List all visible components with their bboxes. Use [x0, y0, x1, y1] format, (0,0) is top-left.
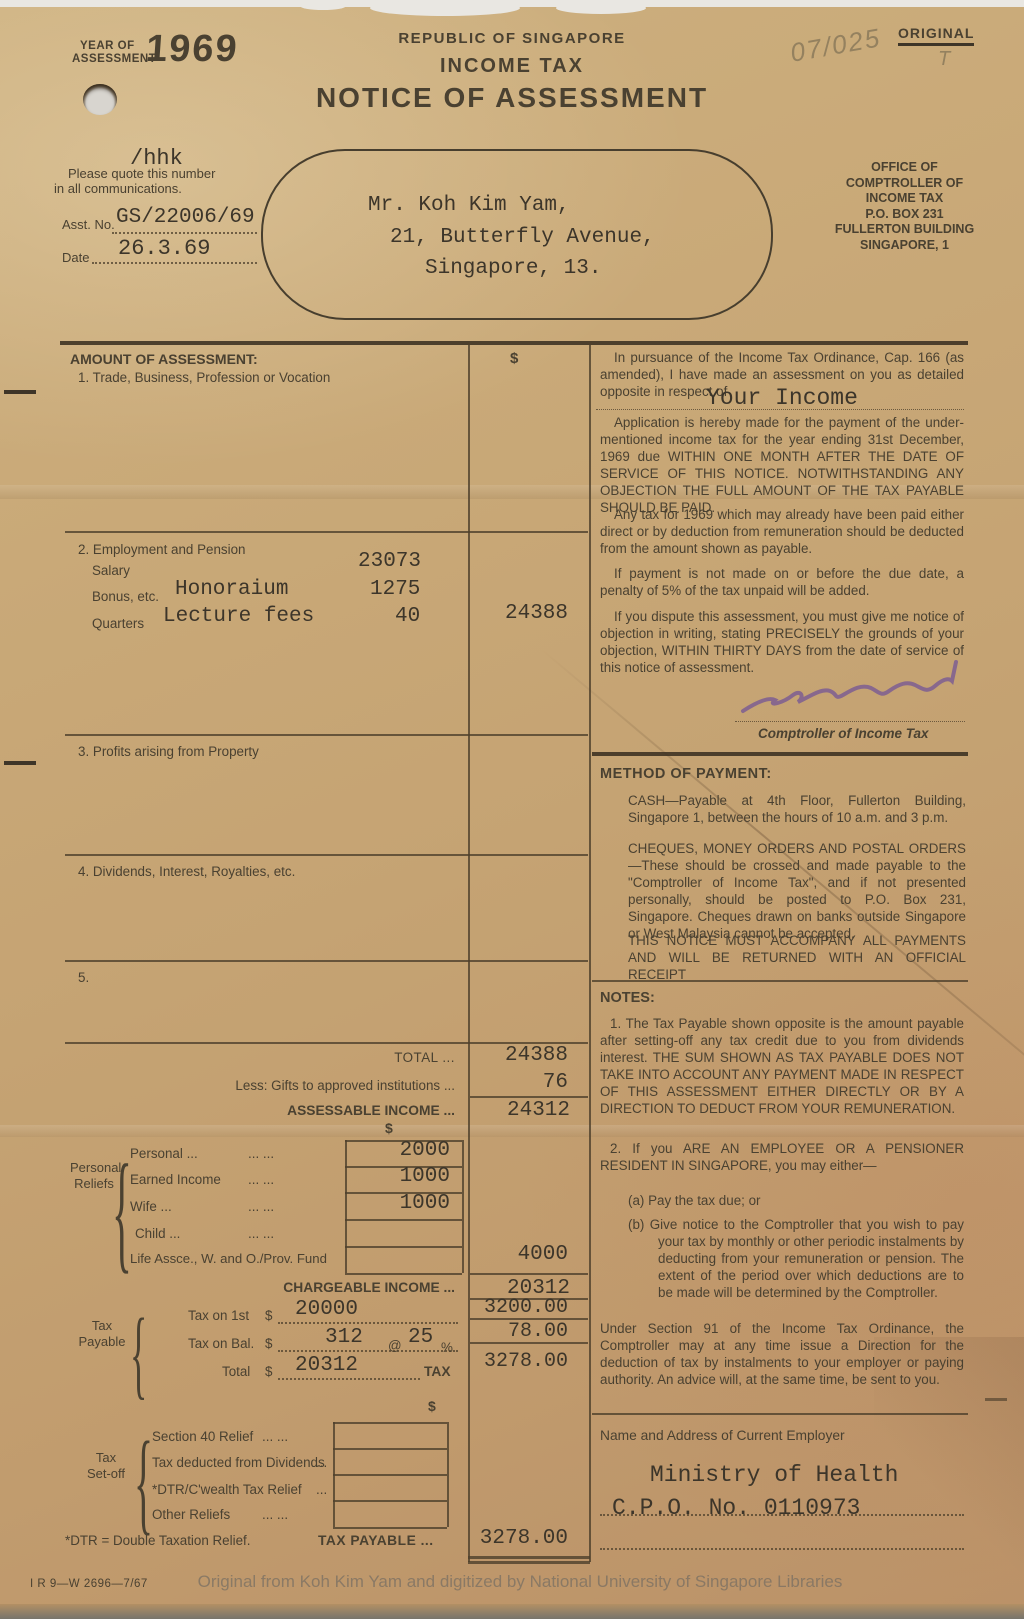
- year-value: 1969: [144, 28, 240, 71]
- row-divider: [65, 734, 588, 736]
- income-tax-title: INCOME TAX: [312, 55, 712, 78]
- setoff-label: Other Reliefs: [152, 1507, 230, 1522]
- notes-title: NOTES:: [600, 990, 655, 1006]
- dtr-note: *DTR = Double Taxation Relief.: [65, 1533, 250, 1548]
- tax-row1-label: Tax on 1st: [188, 1308, 249, 1323]
- scanned-tax-notice: { "colors": {"paper":"#c7a878","ink":"#4…: [0, 0, 1024, 1619]
- torn-edge: [370, 0, 520, 16]
- tax-row1-dollar: $: [265, 1308, 272, 1323]
- relief-value-personal: 2000: [345, 1139, 450, 1162]
- gifts-value: 76: [468, 1071, 568, 1094]
- total-label: TOTAL ...: [65, 1050, 455, 1065]
- right-panel-divider: [589, 343, 591, 1562]
- gifts-label: Less: Gifts to approved institutions ...: [65, 1078, 455, 1093]
- final-double-rule: [468, 1556, 590, 1559]
- tax-payable-final-label: TAX PAYABLE ...: [318, 1533, 434, 1548]
- assessment-item5: 5.: [78, 970, 89, 985]
- employer-line: [600, 1548, 964, 1550]
- relief-label: Wife ...: [130, 1199, 172, 1214]
- office-line: FULLERTON BUILDING: [822, 222, 987, 238]
- fold-crease-lower: [0, 1125, 1024, 1137]
- setoff-dots: ...: [316, 1482, 327, 1497]
- office-line: P.O. BOX 231: [822, 207, 987, 223]
- assessment-item4: 4. Dividends, Interest, Royalties, etc.: [78, 864, 295, 879]
- quarters-value: 40: [395, 605, 420, 628]
- office-line: COMPTROLLER OF: [822, 176, 987, 192]
- reliefs-group-label: Personal: [70, 1160, 118, 1176]
- employment-total-value: 24388: [468, 602, 568, 625]
- tax-row2-value: 78.00: [468, 1320, 568, 1343]
- assessment-item1: 1. Trade, Business, Profession or Vocati…: [78, 370, 330, 385]
- method-section-rule: [592, 752, 968, 756]
- hole-punch: [83, 84, 117, 115]
- tax-row3-amount: 20312: [295, 1354, 358, 1377]
- tax-row2-dollar: $: [265, 1336, 272, 1351]
- relief-column-dollar: $: [385, 1120, 393, 1136]
- setoff-box-line: [333, 1527, 447, 1529]
- employer-line: [600, 1514, 964, 1516]
- relief-box-right: [462, 1140, 464, 1273]
- method-of-payment-title: METHOD OF PAYMENT:: [600, 766, 772, 782]
- document-title: NOTICE OF ASSESSMENT: [262, 82, 762, 114]
- setoff-brace: {: [134, 1416, 153, 1549]
- torn-edge: [300, 2, 346, 10]
- method-cheques-para: CHEQUES, MONEY ORDERS AND POSTAL ORDERS—…: [628, 840, 966, 942]
- relief-dots: ... ...: [248, 1199, 340, 1214]
- note-2a: (a) Pay the tax due; or: [628, 1192, 964, 1209]
- amount-divider: [470, 1342, 588, 1344]
- method-cash-para: CASH—Payable at 4th Floor, Fullerton Bui…: [628, 792, 966, 826]
- final-double-rule: [468, 1561, 590, 1564]
- relief-dots: ... ...: [248, 1146, 340, 1161]
- notes-section-rule: [592, 980, 968, 982]
- tax-row2-pct: %: [441, 1340, 453, 1355]
- relief-value-earned-income: 1000: [345, 1165, 450, 1188]
- original-label: ORIGINAL: [898, 25, 974, 46]
- quarters-description: Lecture fees: [163, 605, 314, 628]
- setoff-box-right: [447, 1422, 449, 1527]
- assessment-item2: 2. Employment and Pension: [78, 542, 245, 557]
- quote-note-line1: Please quote this number: [68, 166, 215, 181]
- assessment-title: AMOUNT OF ASSESSMENT:: [70, 351, 258, 367]
- note-1: 1. The Tax Payable shown opposite is the…: [600, 1015, 964, 1117]
- method-notice-para: THIS NOTICE MUST ACCOMPANY ALL PAYMENTS …: [628, 932, 966, 983]
- assessable-value: 24312: [468, 1099, 570, 1122]
- tax-row1-line: [278, 1322, 458, 1324]
- income-type-typed: Your Income: [600, 385, 964, 411]
- reliefs-group-label: Reliefs: [70, 1176, 118, 1192]
- office-line: OFFICE OF: [822, 160, 987, 176]
- asst-no-underline: [112, 232, 257, 234]
- signature-mark: [735, 655, 970, 723]
- tax-row2-line: [278, 1350, 458, 1352]
- margin-mark: [4, 390, 36, 394]
- date-label: Date: [62, 250, 89, 265]
- row-divider: [65, 531, 588, 533]
- relief-value-wife: 1000: [345, 1192, 450, 1215]
- total-value: 24388: [468, 1044, 568, 1067]
- tax-row2-label: Tax on Bal.: [188, 1336, 254, 1351]
- tax-payable-group-label: Payable: [78, 1334, 126, 1350]
- relief-label: Life Assce., W. and O./Prov. Fund: [130, 1251, 327, 1266]
- tax-row1-value: 3200.00: [468, 1296, 568, 1319]
- office-line: SINGAPORE, 1: [822, 238, 987, 254]
- signature-caption: Comptroller of Income Tax: [758, 726, 929, 741]
- amount-divider: [470, 1096, 588, 1098]
- date-value: 26.3.69: [118, 236, 210, 261]
- setoff-box-line: [333, 1422, 447, 1424]
- addressee-name: Mr. Koh Kim Yam,: [368, 194, 570, 217]
- setoff-box-line: [333, 1500, 447, 1502]
- employer-name: Ministry of Health: [650, 1462, 898, 1488]
- addressee-city: Singapore, 13.: [425, 257, 601, 280]
- relief-box-line: [345, 1246, 462, 1248]
- tax-row2-amount: 312: [325, 1326, 363, 1349]
- setoff-label: Section 40 Relief: [152, 1429, 253, 1444]
- relief-dots: ... ...: [248, 1172, 340, 1187]
- setoff-box-line: [333, 1474, 447, 1476]
- digitization-watermark: Original from Koh Kim Yam and digitized …: [120, 1572, 920, 1592]
- tax-row3-value: 3278.00: [468, 1350, 568, 1373]
- setoff-dots: ... ...: [262, 1429, 330, 1444]
- reliefs-brace: {: [112, 1134, 132, 1288]
- amount-column-divider: [468, 343, 470, 1562]
- salary-value: 23073: [358, 550, 421, 573]
- country-title: REPUBLIC OF SINGAPORE: [312, 30, 712, 47]
- setoff-dots: ... ...: [262, 1507, 330, 1522]
- torn-edge: [556, 2, 646, 14]
- bonus-label: Bonus, etc.: [92, 589, 159, 604]
- relief-label: Child ...: [135, 1226, 180, 1241]
- assessment-label: ASSESSMENT: [72, 53, 156, 65]
- asst-no-label: Asst. No.: [62, 217, 115, 232]
- tax-row3-label: Total: [222, 1364, 250, 1379]
- employer-section-rule: [592, 1413, 968, 1415]
- relief-box-line: [345, 1219, 462, 1221]
- relief-dots: ... ...: [248, 1226, 340, 1241]
- setoff-label: *DTR/C'wealth Tax Relief: [152, 1482, 302, 1497]
- setoff-dots: ...: [316, 1455, 327, 1470]
- tax-payable-brace: {: [130, 1294, 147, 1412]
- life-fund-value: 4000: [468, 1243, 568, 1266]
- chargeable-label: CHARGEABLE INCOME ...: [65, 1280, 455, 1295]
- relief-label: Personal ...: [130, 1146, 198, 1161]
- row-divider: [65, 854, 588, 856]
- setoff-group-label: Set-off: [80, 1466, 132, 1482]
- asst-no-value: GS/22006/69: [116, 206, 255, 229]
- tax-payable-final-value: 3278.00: [468, 1527, 568, 1550]
- penalty-para: If payment is not made on or before the …: [600, 565, 964, 599]
- addressee-street: 21, Butterfly Avenue,: [390, 226, 655, 249]
- salary-label: Salary: [92, 563, 130, 578]
- note-2: 2. If you ARE AN EMPLOYEE OR A PENSIONER…: [600, 1140, 964, 1174]
- tax-row3-dollar: $: [265, 1364, 272, 1379]
- bonus-value: 1275: [370, 578, 420, 601]
- table-top-rule: [60, 341, 968, 345]
- tax-row1-amount: 20000: [295, 1298, 358, 1321]
- income-type-underline: [596, 409, 964, 410]
- setoff-group-label: Tax: [80, 1450, 132, 1466]
- quote-note-line2: in all communications.: [54, 181, 182, 196]
- quarters-label: Quarters: [92, 616, 144, 631]
- amount-divider: [470, 1273, 588, 1275]
- employer-label: Name and Address of Current Employer: [600, 1428, 845, 1443]
- margin-mark: [4, 761, 36, 765]
- pencil-tick-mark: T: [938, 48, 950, 71]
- note-2b: (b) Give notice to the Comptroller that …: [628, 1216, 964, 1301]
- relief-box-line: [345, 1273, 462, 1275]
- scan-edge-shadow: [0, 1604, 1024, 1619]
- tax-row3-line: [278, 1378, 420, 1380]
- setoff-column-dollar: $: [428, 1398, 436, 1414]
- relief-label: Earned Income: [130, 1172, 221, 1187]
- tax-payable-group-label: Tax: [78, 1318, 126, 1334]
- setoff-box-line: [333, 1448, 447, 1450]
- note-section-91: Under Section 91 of the Income Tax Ordin…: [600, 1320, 964, 1388]
- amount-column-header: $: [510, 350, 518, 367]
- bonus-description: Honoraium: [175, 578, 288, 601]
- tax-row2-rate: 25: [408, 1326, 433, 1349]
- tax-paid-para: Any tax for 1969 which may already have …: [600, 506, 964, 557]
- employer-reference: C.P.O. No. 0110973: [612, 1495, 860, 1521]
- margin-mark: [985, 1398, 1007, 1401]
- assessable-label: ASSESSABLE INCOME ...: [65, 1103, 455, 1118]
- signature-line: [735, 721, 965, 722]
- date-underline: [92, 262, 257, 264]
- assessment-item3: 3. Profits arising from Property: [78, 744, 259, 759]
- office-line: INCOME TAX: [822, 191, 987, 207]
- tax-row3-suffix: TAX: [424, 1364, 451, 1379]
- year-of-label: YEAR OF: [80, 40, 135, 52]
- payment-application-para: Application is hereby made for the payme…: [600, 414, 964, 516]
- setoff-label: Tax deducted from Dividends: [152, 1455, 325, 1470]
- row-divider: [65, 960, 588, 962]
